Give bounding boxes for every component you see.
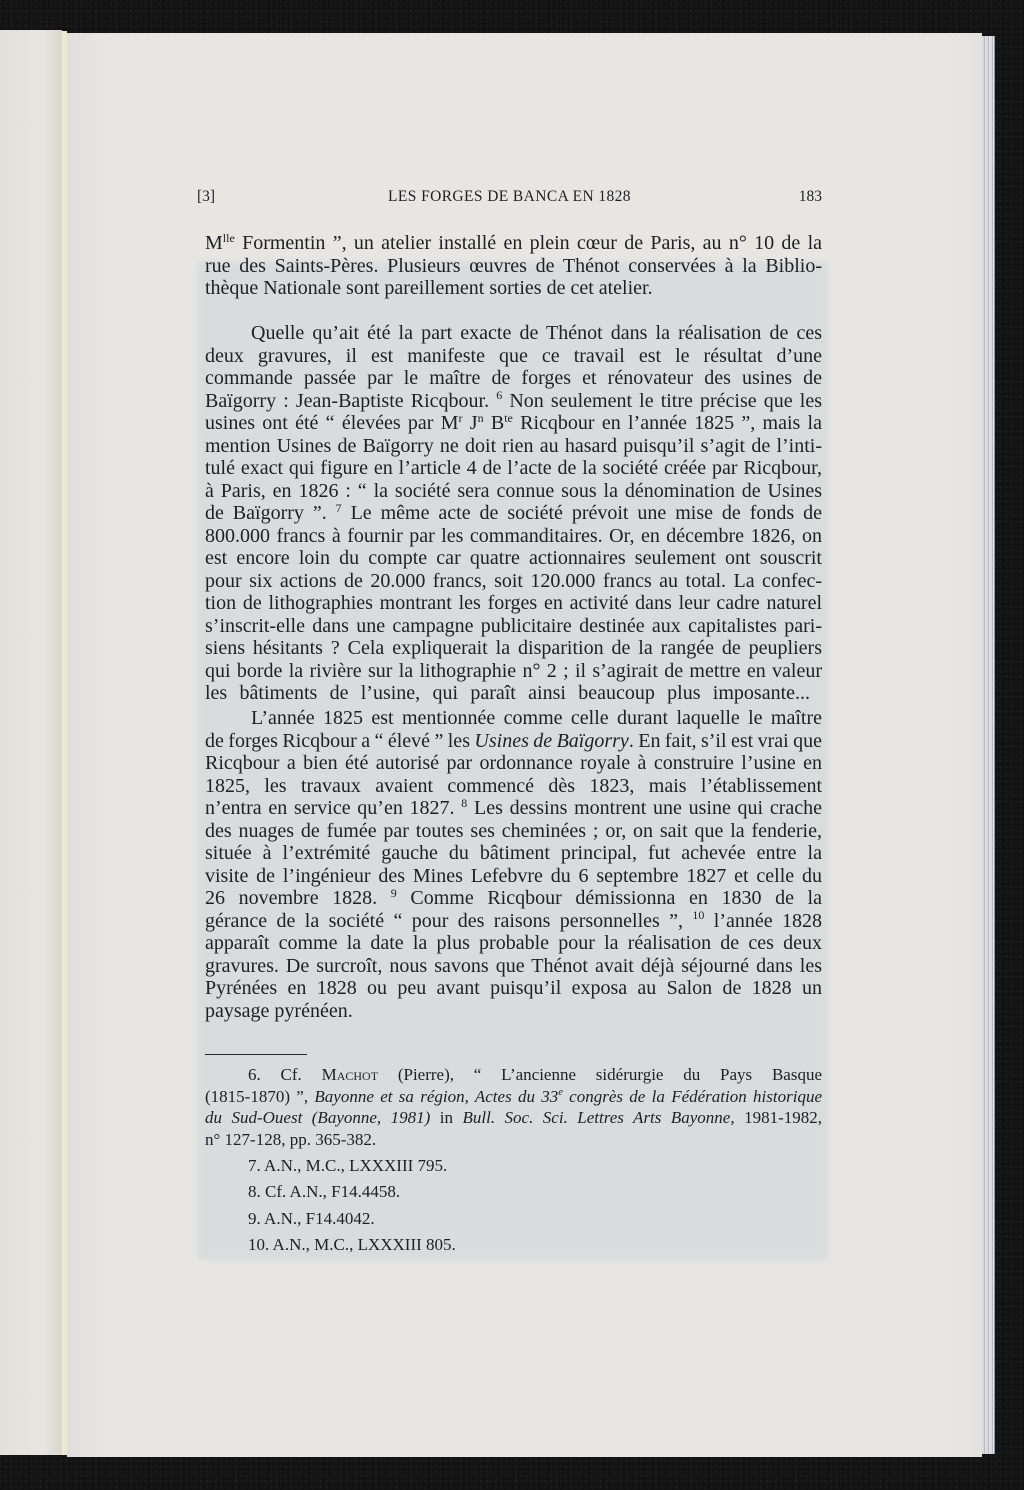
- text-segment: L’année 1825 est mentionnée comme celle …: [251, 707, 822, 729]
- text-segment: qui borde la rivière sur la lithographie…: [205, 660, 822, 682]
- author-name: Machot: [322, 1065, 378, 1084]
- previous-page-edge: [0, 30, 62, 1455]
- text-line: siens hésitants ? Cela expliquerait la d…: [205, 637, 822, 660]
- text-segment: 1981-1982,: [735, 1108, 822, 1127]
- text-line: thèque Nationale sont pareillement sorti…: [205, 277, 822, 300]
- text-line: 7. A.N., M.C., LXXXIII 795.: [205, 1155, 822, 1177]
- text-segment: gravures. De surcroît, nous savons que T…: [205, 955, 822, 977]
- text-segment: les bâtiments de l’usine, qui paraît ain…: [205, 682, 810, 704]
- text-segment: Baïgorry : Jean-Baptiste Ricqbour.: [205, 390, 496, 412]
- text-segment: Le même acte de société prévoit une mise…: [342, 502, 822, 524]
- text-line: 9. A.N., F14.4042.: [205, 1208, 822, 1230]
- text-segment: 26 novembre 1828.: [205, 887, 391, 909]
- text-line: tulé exact qui figure en l’article 4 de …: [205, 457, 822, 480]
- running-title: LES FORGES DE BANCA EN 1828: [197, 188, 822, 206]
- text-line: tion de lithographies montrant les forge…: [205, 592, 822, 615]
- text-segment: paysage pyrénéen.: [205, 1000, 353, 1022]
- text-segment: 10. A.N., M.C., LXXXIII 805.: [248, 1235, 456, 1254]
- italic-title: congrès de la Fédération historique: [563, 1087, 822, 1106]
- text-segment: B: [484, 412, 505, 434]
- text-segment: 8. Cf. A.N., F14.4458.: [248, 1182, 400, 1201]
- text-segment: 800.000 francs à fournir par les command…: [205, 525, 822, 547]
- text-line: commande passée par le maître de forges …: [205, 367, 822, 390]
- running-header: [3] LES FORGES DE BANCA EN 1828 183: [197, 188, 822, 206]
- paragraph-3: L’année 1825 est mentionnée comme celle …: [205, 707, 822, 1022]
- text-line: rue des Saints-Pères. Plusieurs œuvres d…: [205, 255, 822, 278]
- paragraph-1: Mlle Formentin ”, un atelier installé en…: [205, 232, 822, 300]
- page-stack-edges: [982, 36, 995, 1454]
- text-segment: 7. A.N., M.C., LXXXIII 795.: [248, 1156, 447, 1175]
- footnote-ref-8: 8: [461, 796, 467, 810]
- italic-title: Bayonne et sa région, Actes du 33: [314, 1087, 558, 1106]
- italic-journal: Bull. Soc. Sci. Lettres Arts Bayonne,: [462, 1108, 734, 1127]
- text-segment: gérance de la société “ pour des raisons…: [205, 910, 692, 932]
- text-segment: commande passée par le maître de forges …: [205, 367, 822, 389]
- text-segment: Comme Ricqbour démissionna en 1830 de la: [397, 887, 822, 909]
- text-line: n° 127-128, pp. 365-382.: [205, 1129, 822, 1151]
- text-segment: des nuages de fumée par toutes ses chemi…: [205, 820, 822, 842]
- text-segment: J: [463, 412, 478, 434]
- text-segment: usines ont été “ élevées par M: [205, 412, 459, 434]
- text-segment: Pyrénées en 1828 ou peu avant puisqu’il …: [205, 977, 822, 999]
- text-segment: thèque Nationale sont pareillement sorti…: [205, 277, 653, 299]
- footnote-ref-7: 7: [336, 501, 342, 515]
- text-segment: siens hésitants ? Cela expliquerait la d…: [205, 637, 822, 659]
- text-segment: Les dessins montrent une usine qui crach…: [467, 797, 822, 819]
- text-segment: 6. Cf.: [248, 1065, 322, 1084]
- footnote-rule: [205, 1054, 307, 1055]
- text-segment: deux gravures, il est manifeste que ce t…: [205, 345, 822, 367]
- text-line: 10. A.N., M.C., LXXXIII 805.: [205, 1234, 822, 1256]
- text-line: deux gravures, il est manifeste que ce t…: [205, 345, 822, 368]
- text-segment: Non seulement le titre précise que les: [502, 390, 822, 412]
- text-line: (1815-1870) ”, Bayonne et sa région, Act…: [205, 1086, 822, 1108]
- text-segment: rue des Saints-Pères. Plusieurs œuvres d…: [205, 255, 822, 277]
- page-number: 183: [799, 188, 822, 206]
- text-line: usines ont été “ élevées par Mr Jn Bte R…: [205, 412, 822, 435]
- text-line: les bâtiments de l’usine, qui paraît ain…: [205, 682, 810, 705]
- text-segment: de Baïgorry ”.: [205, 502, 336, 524]
- footnote-6: 6. Cf. Machot (Pierre), “ L’ancienne sid…: [205, 1064, 822, 1150]
- text-segment: mention Usines de Baïgorry ne doit rien …: [205, 435, 822, 457]
- text-segment: M: [205, 232, 223, 254]
- text-line: 6. Cf. Machot (Pierre), “ L’ancienne sid…: [205, 1064, 822, 1086]
- text-line: du Sud-Ouest (Bayonne, 1981) in Bull. So…: [205, 1107, 822, 1129]
- text-line: 1825, les travaux avaient commencé dès 1…: [205, 775, 822, 798]
- text-segment: (1815-1870) ”,: [205, 1087, 314, 1106]
- text-line: n’entra en service qu’en 1827. 8 Les des…: [205, 797, 822, 820]
- text-segment: est encore loin du compte car quatre act…: [205, 547, 822, 569]
- text-line: gérance de la société “ pour des raisons…: [205, 910, 822, 933]
- text-line: gravures. De surcroît, nous savons que T…: [205, 955, 822, 978]
- text-segment: 9. A.N., F14.4042.: [248, 1209, 375, 1228]
- text-line: de forges Ricqbour a “ élevé ” les Usine…: [205, 730, 822, 753]
- superscript: r: [459, 411, 463, 425]
- footnote-ref-6: 6: [496, 388, 502, 402]
- superscript: lle: [223, 231, 235, 245]
- text-segment: . En fait, s’il est vrai que: [629, 730, 822, 752]
- text-segment: l’année 1828: [704, 910, 822, 932]
- text-line: Ricqbour a bien été autorisé par ordonna…: [205, 752, 822, 775]
- footnote-10: 10. A.N., M.C., LXXXIII 805.: [205, 1234, 822, 1256]
- text-segment: (Pierre), “ L’ancienne sidérurgie du Pay…: [378, 1065, 822, 1084]
- text-line: 800.000 francs à fournir par les command…: [205, 525, 822, 548]
- text-segment: 1825, les travaux avaient commencé dès 1…: [205, 775, 822, 797]
- superscript: e: [558, 1087, 563, 1098]
- text-line: L’année 1825 est mentionnée comme celle …: [205, 707, 822, 730]
- text-line: Mlle Formentin ”, un atelier installé en…: [205, 232, 822, 255]
- text-line: s’inscrit-elle dans une campagne publici…: [205, 615, 822, 638]
- footnote-8: 8. Cf. A.N., F14.4458.: [205, 1181, 822, 1203]
- footnote-ref-9: 9: [391, 886, 397, 900]
- text-line: apparaît comme la date la plus probable …: [205, 932, 822, 955]
- text-segment: Ricqbour en l’année 1825 ”, mais la: [513, 412, 822, 434]
- text-segment: Ricqbour a bien été autorisé par ordonna…: [205, 752, 822, 774]
- text-line: paysage pyrénéen.: [205, 1000, 822, 1023]
- text-segment: n° 127-128, pp. 365-382.: [205, 1130, 376, 1149]
- text-segment: in: [430, 1108, 462, 1127]
- text-segment: s’inscrit-elle dans une campagne publici…: [205, 615, 822, 637]
- footnote-ref-10: 10: [692, 908, 704, 922]
- footnote-7: 7. A.N., M.C., LXXXIII 795.: [205, 1155, 822, 1177]
- footnote-9: 9. A.N., F14.4042.: [205, 1208, 822, 1230]
- text-line: visite de l’ingénieur des Mines Lefebvre…: [205, 865, 822, 888]
- text-line: pour six actions de 20.000 francs, soit …: [205, 570, 822, 593]
- text-segment: Quelle qu’ait été la part exacte de Thén…: [251, 322, 822, 344]
- text-segment: à Paris, en 1826 : “ la société sera con…: [205, 480, 822, 502]
- text-segment: pour six actions de 20.000 francs, soit …: [205, 570, 822, 592]
- text-line: de Baïgorry ”. 7 Le même acte de société…: [205, 502, 822, 525]
- text-line: des nuages de fumée par toutes ses chemi…: [205, 820, 822, 843]
- text-segment: Formentin ”, un atelier installé en plei…: [235, 232, 822, 254]
- italic-title: du Sud-Ouest (Bayonne, 1981): [205, 1108, 430, 1127]
- text-line: située à l’extrémité gauche du bâtiment …: [205, 842, 822, 865]
- paragraph-2: Quelle qu’ait été la part exacte de Thén…: [205, 322, 822, 705]
- text-segment: tion de lithographies montrant les forge…: [205, 592, 822, 614]
- superscript: n: [478, 411, 484, 425]
- text-segment: visite de l’ingénieur des Mines Lefebvre…: [205, 865, 822, 887]
- text-line: 8. Cf. A.N., F14.4458.: [205, 1181, 822, 1203]
- text-line: Baïgorry : Jean-Baptiste Ricqbour. 6 Non…: [205, 390, 822, 413]
- text-line: 26 novembre 1828. 9 Comme Ricqbour démis…: [205, 887, 822, 910]
- text-segment: tulé exact qui figure en l’article 4 de …: [205, 457, 822, 479]
- italic-title: Usines de Baïgorry: [474, 730, 628, 752]
- text-segment: apparaît comme la date la plus probable …: [205, 932, 822, 954]
- text-line: mention Usines de Baïgorry ne doit rien …: [205, 435, 822, 458]
- text-segment: de forges Ricqbour a “ élevé ” les: [205, 730, 474, 752]
- text-line: Pyrénées en 1828 ou peu avant puisqu’il …: [205, 977, 822, 1000]
- text-line: est encore loin du compte car quatre act…: [205, 547, 822, 570]
- text-line: à Paris, en 1826 : “ la société sera con…: [205, 480, 822, 503]
- text-line: qui borde la rivière sur la lithographie…: [205, 660, 822, 683]
- text-segment: n’entra en service qu’en 1827.: [205, 797, 461, 819]
- text-line: Quelle qu’ait été la part exacte de Thén…: [205, 322, 822, 345]
- text-segment: située à l’extrémité gauche du bâtiment …: [205, 842, 822, 864]
- superscript: te: [504, 411, 513, 425]
